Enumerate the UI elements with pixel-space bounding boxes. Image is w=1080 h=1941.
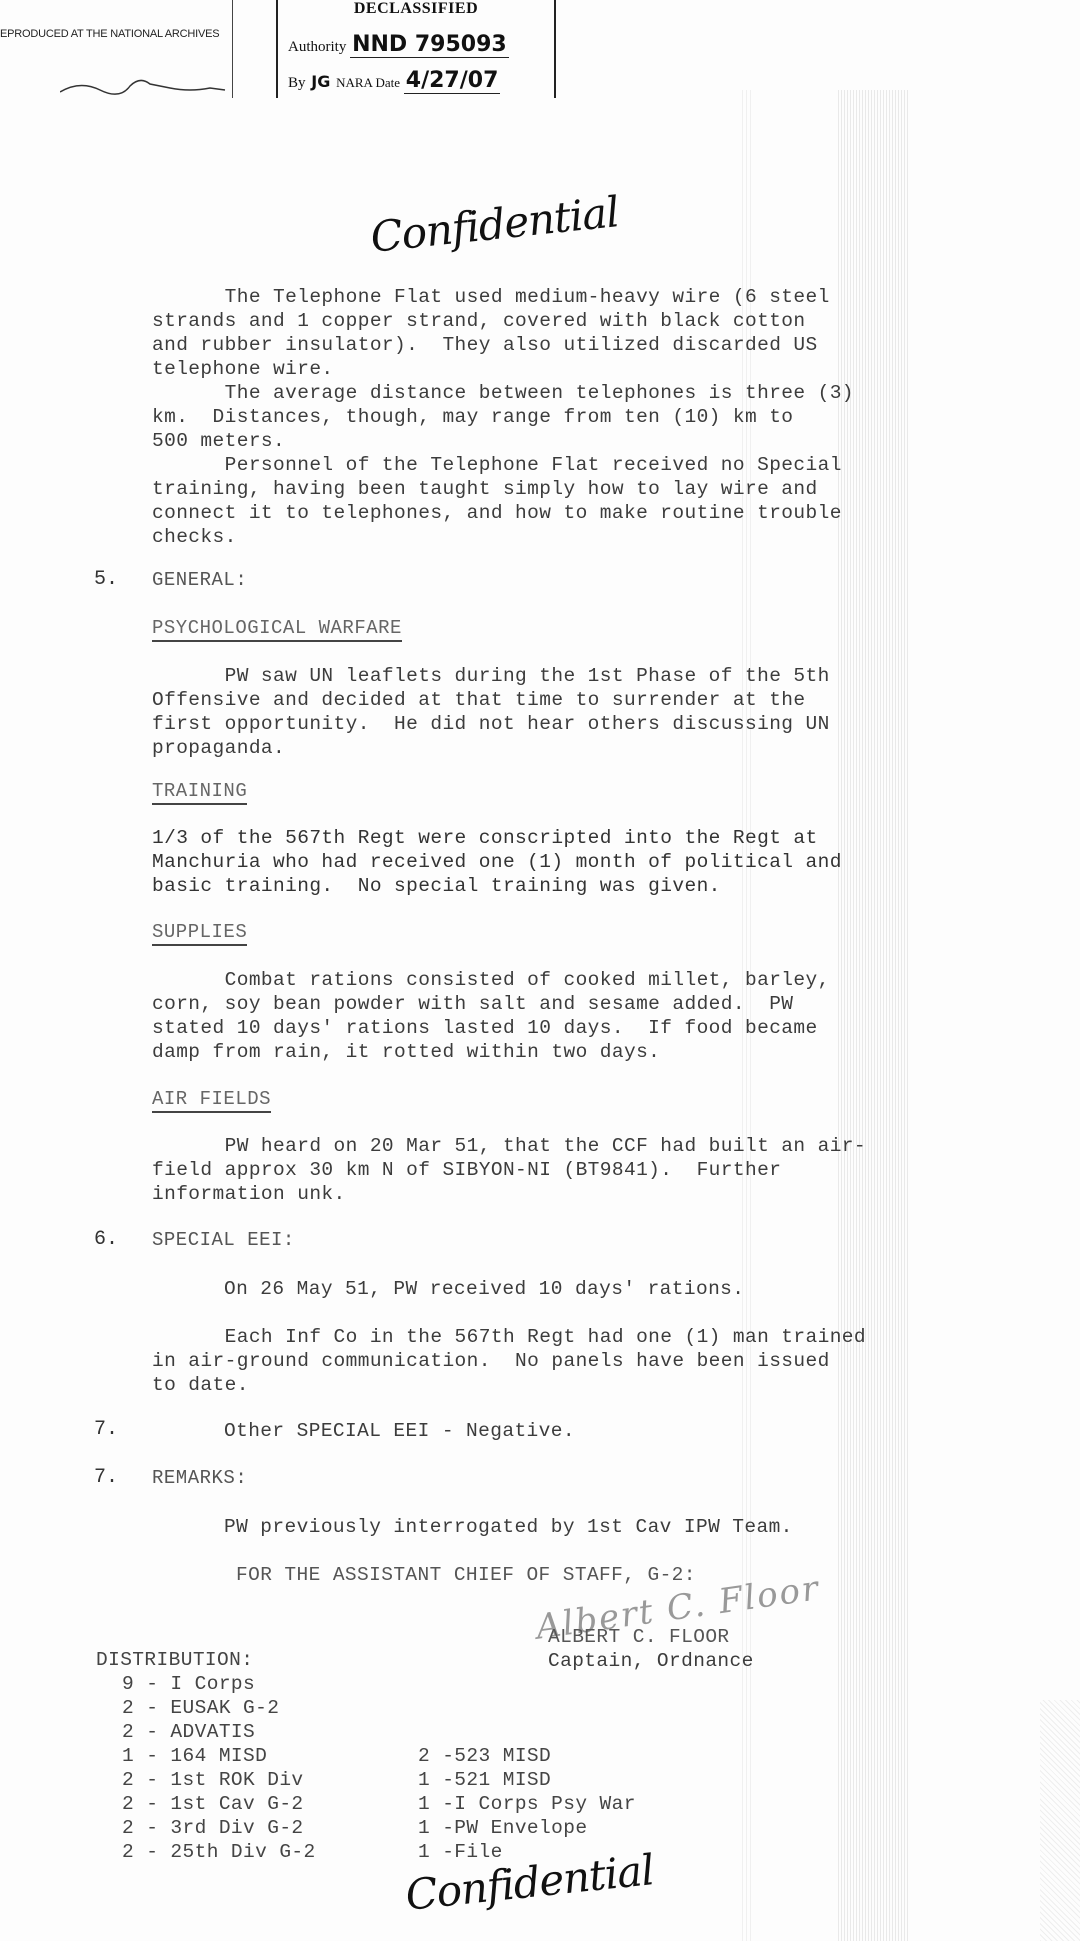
psywar-text: PW saw UN leaflets during the 1st Phase … [152, 664, 830, 760]
distribution-item: 2 - 3rd Div G-2 [122, 1817, 304, 1839]
scan-noise-band [838, 90, 908, 1941]
distribution-item: 1 -PW Envelope [418, 1817, 587, 1839]
declassified-title: DECLASSIFIED [278, 0, 554, 18]
distribution-item: 2 - 1st ROK Div [122, 1769, 304, 1791]
section-5-number: 5. [94, 568, 118, 591]
distribution-item: 1 -521 MISD [418, 1769, 551, 1791]
section-6-rations: On 26 May 51, PW received 10 days' ratio… [224, 1277, 744, 1301]
intro-paragraph-3: Personnel of the Telephone Flat received… [152, 453, 842, 549]
authority-label: Authority [288, 39, 346, 55]
section-7-title: REMARKS: [152, 1467, 247, 1489]
by-label: By [288, 75, 306, 91]
distribution-item: 9 - I Corps [122, 1673, 255, 1695]
airfields-text: PW heard on 20 Mar 51, that the CCF had … [152, 1134, 866, 1206]
distribution-item: 2 - 1st Cav G-2 [122, 1793, 304, 1815]
signer-rank: Captain, Ordnance [548, 1649, 754, 1673]
distribution-item: 2 - EUSAK G-2 [122, 1697, 279, 1719]
section-7-number: 7. [94, 1466, 118, 1489]
airfields-heading: AIR FIELDS [152, 1088, 271, 1113]
by-initials: JG [309, 72, 332, 91]
distribution-item: 1 - 164 MISD [122, 1745, 267, 1767]
psywar-heading: PSYCHOLOGICAL WARFARE [152, 617, 402, 642]
distribution-item: 2 -523 MISD [418, 1745, 551, 1767]
distribution-item: 2 - 25th Div G-2 [122, 1841, 316, 1863]
nara-label: NARA Date [336, 75, 400, 90]
supplies-heading: SUPPLIES [152, 921, 247, 946]
distribution-label: DISTRIBUTION: [96, 1649, 253, 1671]
classification-mark-top: Confidential [368, 187, 621, 262]
scan-noise-band [1040, 1700, 1080, 1941]
declassified-stamp: DECLASSIFIED Authority NND 795093 By JG … [276, 0, 556, 98]
training-text: 1/3 of the 567th Regt were conscripted i… [152, 826, 842, 898]
intro-paragraph-1: The Telephone Flat used medium-heavy wir… [152, 285, 830, 381]
section-5-title: GENERAL: [152, 569, 247, 591]
distribution-item: 1 -File [418, 1841, 503, 1863]
archives-label: EPRODUCED AT THE NATIONAL ARCHIVES [0, 28, 219, 40]
date-value: 4/27/07 [404, 68, 501, 94]
section-6-number: 6. [94, 1228, 118, 1251]
authority-line: Authority NND 795093 [288, 32, 509, 57]
other-eei-text: Other SPECIAL EEI - Negative. [224, 1419, 575, 1443]
distribution-item: 2 - ADVATIS [122, 1721, 255, 1743]
by-line: By JG NARA Date 4/27/07 [288, 68, 500, 93]
intro-paragraph-2: The average distance between telephones … [152, 381, 854, 453]
for-acofs-line: FOR THE ASSISTANT CHIEF OF STAFF, G-2: [236, 1563, 696, 1587]
section-6-air-ground: Each Inf Co in the 567th Regt had one (1… [152, 1325, 866, 1397]
signer-name: ALBERT C. FLOOR [548, 1625, 730, 1649]
scribble-mark-icon [60, 70, 230, 100]
supplies-text: Combat rations consisted of cooked mille… [152, 968, 830, 1064]
other-eei-number: 7. [94, 1418, 118, 1441]
remarks-text: PW previously interrogated by 1st Cav IP… [224, 1515, 793, 1539]
training-heading: TRAINING [152, 780, 247, 805]
distribution-item: 1 -I Corps Psy War [418, 1793, 636, 1815]
section-6-title: SPECIAL EEI: [152, 1229, 295, 1251]
authority-value: NND 795093 [350, 32, 509, 58]
